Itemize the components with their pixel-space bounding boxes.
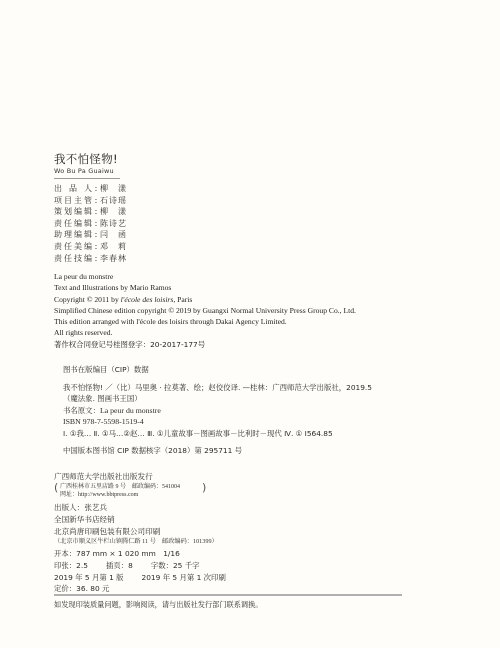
original-copyright: Copyright © 2011 by l'école des loisirs,… xyxy=(54,294,356,305)
credit-name: 邓莉 xyxy=(100,241,126,253)
credit-row: 项目主管:石诗瑶 xyxy=(54,195,126,207)
copyright-prefix: Copyright © 2011 by xyxy=(54,295,121,304)
printer: 北京尚唐印刷包装有限公司印刷 xyxy=(54,526,218,538)
publisher-address-box: ( 广西桂林市五里店路 9 号 邮政编码：541004 网址：http://ww… xyxy=(54,483,218,500)
credit-role: 项目主管 xyxy=(54,195,92,207)
arrangement-line: This edition arranged with l'école des l… xyxy=(54,316,356,327)
simplified-copyright: Simplified Chinese edition copyright © 2… xyxy=(54,305,356,316)
publisher-name: 广西师范大学出版社出版发行 xyxy=(54,471,218,483)
credit-name: 柳漾 xyxy=(100,183,126,195)
cip-block: 图书在版编目（CIP）数据 我不怕怪物! ／（比）马里奥 · 拉莫著、绘；赵佼佼… xyxy=(63,364,372,456)
credit-row: 责任技编:李春林 xyxy=(54,253,126,265)
credit-separator: : xyxy=(92,183,100,195)
author-line: Text and Illustrations by Mario Ramos xyxy=(54,282,356,293)
credit-row: 助理编辑:闫函 xyxy=(54,229,126,241)
copyright-suffix: , Paris xyxy=(173,295,192,304)
credit-row: 出品人:柳漾 xyxy=(54,183,126,195)
cip-series: （魔法象. 图画书王国） xyxy=(63,393,372,404)
cip-original-title: 书名原文：La peur du monstre xyxy=(63,405,372,416)
credit-separator: : xyxy=(92,218,100,230)
book-format: 开本：787 mm × 1 020 mm 1/16 xyxy=(54,548,226,560)
word-count: 字数：25 千字 xyxy=(151,561,200,570)
credits-list: 出品人:柳漾 项目主管:石诗瑶 策划编辑:柳漾 责任编辑:陈诗艺 助理编辑:闫函… xyxy=(54,183,126,264)
credit-separator: : xyxy=(92,229,100,241)
right-bracket: ) xyxy=(202,484,206,493)
cip-body: 我不怕怪物! ／（比）马里奥 · 拉莫著、绘；赵佼佼译. —桂林：广西师范大学出… xyxy=(63,382,372,439)
publisher-website: 网址：http://www.bbtpress.com xyxy=(60,491,218,500)
cip-title: 图书在版编目（CIP）数据 xyxy=(63,364,372,375)
credit-role: 出品人 xyxy=(54,183,92,195)
publisher-person: 出版人：张艺兵 xyxy=(54,502,218,514)
plates: 插页：8 xyxy=(106,561,133,570)
credit-name: 闫函 xyxy=(100,229,126,241)
title-divider xyxy=(54,178,120,179)
copyright-block: La peur du monstre Text and Illustration… xyxy=(54,271,356,350)
registration-number: 著作权合同登记号桂图登字：20-2017-177号 xyxy=(54,339,356,350)
book-title: 我不怕怪物! xyxy=(54,151,118,167)
publisher-block: 广西师范大学出版社出版发行 ( 广西桂林市五里店路 9 号 邮政编码：54100… xyxy=(54,471,218,547)
bottom-divider xyxy=(54,594,402,596)
cip-isbn: ISBN 978-7-5598-1519-4 xyxy=(63,416,372,427)
rights-line: All rights reserved. xyxy=(54,327,356,338)
publisher-address: 广西桂林市五里店路 9 号 邮政编码：541004 xyxy=(60,483,218,492)
credit-separator: : xyxy=(92,195,100,207)
cip-original-title-value: La peur du monstre xyxy=(100,406,161,415)
printing: 2019 年 5 月第 1 次印刷 xyxy=(142,573,226,582)
print-sheets: 印张：2.5 xyxy=(54,561,88,570)
cip-check-number: 中国版本图书馆 CIP 数据核字（2018）第 295711 号 xyxy=(63,445,372,456)
cip-original-title-label: 书名原文： xyxy=(63,406,100,415)
book-sheets-row: 印张：2.5插页：8字数：25 千字 xyxy=(54,560,226,572)
printer-address: （北京市顺义区牛栏山镇腾仁路 11 号 邮政编码：101399） xyxy=(54,537,218,546)
credit-name: 李春林 xyxy=(100,253,126,265)
book-title-pinyin: Wo Bu Pa Guaiwu xyxy=(54,167,114,175)
credit-name: 柳漾 xyxy=(100,206,126,218)
copyright-publisher: l'école des loisirs xyxy=(121,295,174,304)
cip-classification: Ⅰ. ①我… Ⅱ. ①马…②赵… Ⅲ. ①儿童故事－图画故事－比利时－现代 Ⅳ.… xyxy=(63,428,372,439)
credit-name: 石诗瑶 xyxy=(100,195,126,207)
credit-role: 助理编辑 xyxy=(54,229,92,241)
credit-role: 责任技编 xyxy=(54,253,92,265)
credit-role: 责任编辑 xyxy=(54,218,92,230)
distributor: 全国新华书店经销 xyxy=(54,514,218,526)
edition-row: 2019 年 5 月第 1 版2019 年 5 月第 1 次印刷 xyxy=(54,572,226,584)
credit-row: 责任美编:邓莉 xyxy=(54,241,126,253)
left-bracket: ( xyxy=(54,484,58,493)
specs-block: 开本：787 mm × 1 020 mm 1/16 印张：2.5插页：8字数：2… xyxy=(54,548,226,595)
credit-row: 策划编辑:柳漾 xyxy=(54,206,126,218)
edition: 2019 年 5 月第 1 版 xyxy=(54,573,124,582)
cip-main-entry: 我不怕怪物! ／（比）马里奥 · 拉莫著、绘；赵佼佼译. —桂林：广西师范大学出… xyxy=(63,382,372,393)
credit-row: 责任编辑:陈诗艺 xyxy=(54,218,126,230)
original-title: La peur du monstre xyxy=(54,271,356,282)
credit-separator: : xyxy=(92,241,100,253)
credit-role: 责任美编 xyxy=(54,241,92,253)
credit-separator: : xyxy=(92,206,100,218)
credit-name: 陈诗艺 xyxy=(100,218,126,230)
quality-notice: 如发现印装质量问题，影响阅读，请与出版社发行部门联系调换。 xyxy=(54,600,262,610)
credit-separator: : xyxy=(92,253,100,265)
credit-role: 策划编辑 xyxy=(54,206,92,218)
